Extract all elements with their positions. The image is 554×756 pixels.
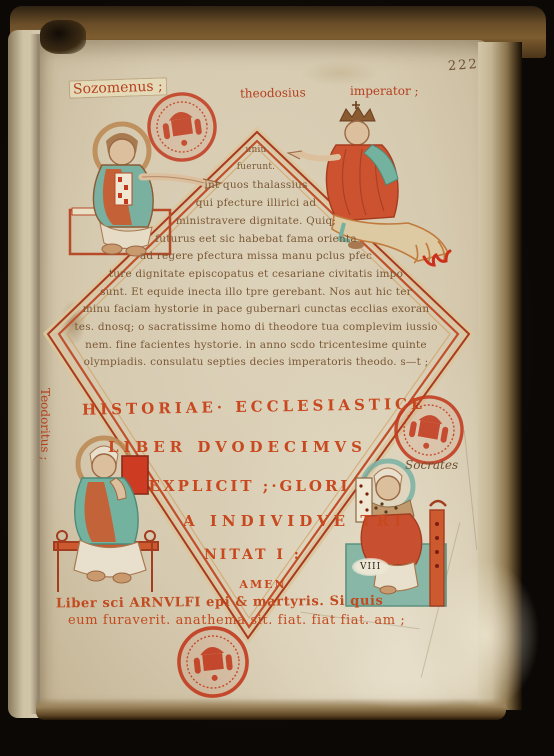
- explicit-line: EXPLICIT ;·GLORI: [142, 477, 357, 495]
- manuscript-photograph: Sozomenus ; theodosius imperator ; 222 T…: [0, 0, 554, 756]
- fore-edge-shadow: [478, 42, 522, 710]
- diamond-text-line: ministravere dignitate. Quiq;: [50, 215, 462, 227]
- diamond-text-line: ture dignitate episcopatus et cesariane …: [50, 268, 462, 280]
- diamond-text-line: ad regere pfectura missa manu pclus pfec: [50, 250, 462, 262]
- diamond-text-line: tes. dnosq; o sacratissime homo di theod…: [50, 321, 462, 333]
- label-imperator: imperator ;: [350, 84, 419, 98]
- label-theodoretus: Teodoritus ;: [38, 388, 52, 460]
- diamond-text-line: minu faciam hystorie in pace gubernari c…: [50, 303, 462, 315]
- quire-mark: VIII: [352, 558, 389, 576]
- label-theodosius: theodosius: [240, 85, 306, 100]
- diamond-text-line: futurus eet sic habebat fama orienta: [50, 233, 462, 245]
- explicit-line: LIBER DVODECIMVS: [108, 438, 358, 456]
- page-bottom-edge: [36, 698, 506, 720]
- diamond-text-line: sunt. Et equide inecta illo tpre gereban…: [50, 286, 462, 298]
- colophon-line: eum furaverit. anathema sit. fiat. fiat …: [68, 613, 405, 628]
- diamond-text-line: olympiadis. consulatu septies decies imp…: [50, 356, 462, 368]
- folio-number: 222: [448, 57, 480, 74]
- explicit-line: A INDIVIDVE TRI: [172, 512, 417, 530]
- diamond-text-line: fuerunt.: [50, 162, 462, 172]
- diamond-text-line: qui pfecture illirici ad: [50, 197, 462, 209]
- diamond-text-line: uniu: [50, 145, 462, 155]
- label-socrates: Socrates: [405, 458, 458, 472]
- label-sozomenus: Sozomenus ;: [70, 78, 166, 97]
- diamond-text-line: nem. fine facientes hystorie. in anno sc…: [50, 339, 462, 351]
- colophon-line: Liber sci ARNVLFI epi & martyris. Si qui…: [56, 594, 384, 612]
- corner-damage: [40, 20, 86, 54]
- explicit-line: NITAT I :: [198, 547, 308, 563]
- diamond-text-line: int quos thalassius: [50, 179, 462, 191]
- explicit-line: AMEN: [228, 578, 298, 591]
